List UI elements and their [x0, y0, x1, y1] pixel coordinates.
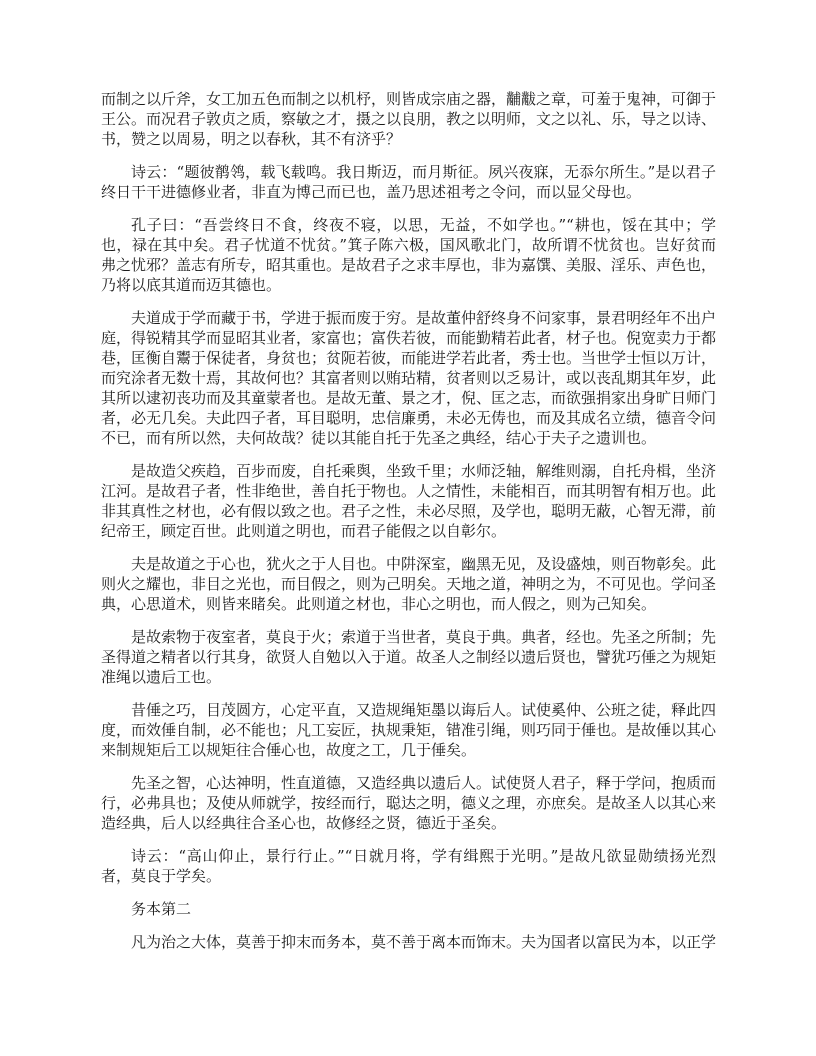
- document-page: 而制之以斤斧，女工加五色而制之以机杼，则皆成宗庙之器，黼黻之章，可羞于鬼神，可御…: [0, 0, 816, 1056]
- body-paragraph: 是故造父疾趋，百步而废，自托乘舆，坐致千里；水师泛轴，解维则溺，自托舟楫，坐济江…: [101, 461, 716, 541]
- body-paragraph: 先圣之智，心达神明，性直道德，又造经典以遗后人。试使贤人君子，释于学问，抱质而行…: [101, 773, 716, 833]
- body-paragraph: 而制之以斤斧，女工加五色而制之以机杼，则皆成宗庙之器，黼黻之章，可羞于鬼神，可御…: [101, 89, 716, 149]
- body-paragraph: 孔子曰：“吾尝终日不食，终夜不寝，以思，无益，不如学也。”“耕也，馁在其中；学也…: [101, 215, 716, 295]
- section-heading: 务本第二: [101, 899, 716, 919]
- body-paragraph: 夫道成于学而藏于书，学进于振而废于穷。是故董仲舒终身不问家事，景君明经年不出户庭…: [101, 308, 716, 448]
- body-paragraph: 诗云：“题彼鹡鸰，载飞载鸣。我日斯迈，而月斯征。夙兴夜寐，无忝尔所生。”是以君子…: [101, 162, 716, 202]
- body-paragraph: 凡为治之大体，莫善于抑末而务本，莫不善于离本而饰末。夫为国者以富民为本，以正学: [101, 932, 716, 952]
- body-paragraph: 是故索物于夜室者，莫良于火；索道于当世者，莫良于典。典者，经也。先圣之所制；先圣…: [101, 627, 716, 687]
- body-paragraph: 夫是故道之于心也，犹火之于人目也。中阱深室，幽黑无见，及设盛烛，则百物彰矣。此则…: [101, 554, 716, 614]
- body-paragraph: 昔倕之巧，目茂圆方，心定平直，又造规绳矩墨以诲后人。试使奚仲、公班之徒，释此四度…: [101, 700, 716, 760]
- body-paragraph: 诗云：“高山仰止，景行行止。”“日就月将，学有缉熙于光明。”是故凡欲显勋绩扬光烈…: [101, 846, 716, 886]
